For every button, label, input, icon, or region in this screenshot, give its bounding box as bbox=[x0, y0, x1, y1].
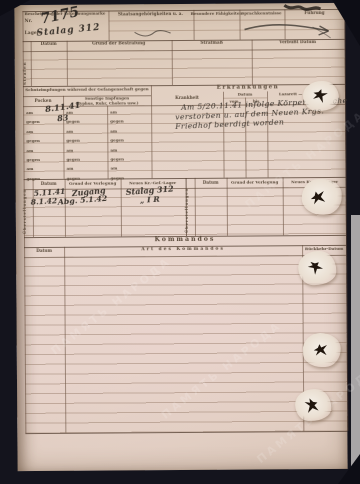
tagbox-right-line bbox=[108, 10, 109, 40]
strafen-section-label: Strafen bbox=[22, 49, 27, 85]
scanner-bed-edge bbox=[351, 215, 360, 484]
tag-number-handwriting: 7175 bbox=[39, 4, 80, 27]
topcol-nationality-label: Staatsangehörigkeiten u. a. bbox=[118, 12, 183, 17]
impf-note-handwriting: 83 bbox=[57, 112, 69, 123]
impf-title: Schutzimpfungen während der Gefangenscha… bbox=[25, 87, 149, 92]
strafen-strafmass-header: Strafmaß bbox=[200, 42, 223, 47]
topcol-languages-label: Sprachkenntnisse bbox=[241, 11, 281, 16]
kommandos-art-header: Art des Kommandos bbox=[141, 248, 225, 253]
topcol-abilities-label: Besondere Fähigkeiten bbox=[191, 12, 243, 17]
tagbox-nr-label: Nr. bbox=[24, 20, 32, 25]
ink-scrawl bbox=[282, 3, 322, 13]
erkrankungen-title: Erkrankungen bbox=[217, 84, 280, 90]
strafen-verbuesst-header: Verbüßt Datum bbox=[279, 41, 316, 46]
strafen-rows bbox=[23, 49, 345, 86]
pow-card-paper: Beschriftung der Erkennungsmarke Nr. Lag… bbox=[14, 3, 347, 471]
erkr-krankheit-header: Krankheit bbox=[175, 96, 199, 101]
strafen-grund-header: Grund der Bestrafung bbox=[92, 42, 145, 47]
impf-col2b-row-labels: am gegen am gegen am gegen am gegen bbox=[110, 107, 124, 182]
erkr-datum-header: Datum bbox=[238, 92, 253, 96]
kommandos-datum-header: Datum bbox=[36, 249, 52, 254]
impf-col1-header: Pocken bbox=[35, 99, 52, 104]
verleg-row2-lager: „ I R bbox=[139, 195, 160, 205]
verleg-l-section-label: Überstellungen bbox=[23, 184, 27, 234]
impf-rows bbox=[23, 105, 152, 179]
impf-col2-header-line2: (Typhus, Ruhr, Cholera usw.) bbox=[76, 101, 139, 106]
verleg-r-grund-header: Grund der Verlegung bbox=[231, 180, 278, 185]
impf-col1-row-labels: am gegen am gegen am gegen am gegen bbox=[26, 108, 40, 183]
arrow-scribble bbox=[242, 17, 342, 40]
verleg-r-section-label: Überstellungen bbox=[185, 183, 189, 233]
verleg-l-datum-header: Datum bbox=[41, 182, 57, 187]
kommandos-title: Kommandos bbox=[155, 237, 216, 244]
strafen-datum-header: Datum bbox=[41, 43, 57, 48]
scanned-pow-card-photo: Beschriftung der Erkennungsmarke Nr. Lag… bbox=[0, 0, 360, 484]
verleg-r-datum-header: Datum bbox=[203, 181, 219, 186]
squiggle-scribble bbox=[133, 28, 173, 38]
verleg-row2-datum: 8.1.42 bbox=[31, 196, 58, 207]
